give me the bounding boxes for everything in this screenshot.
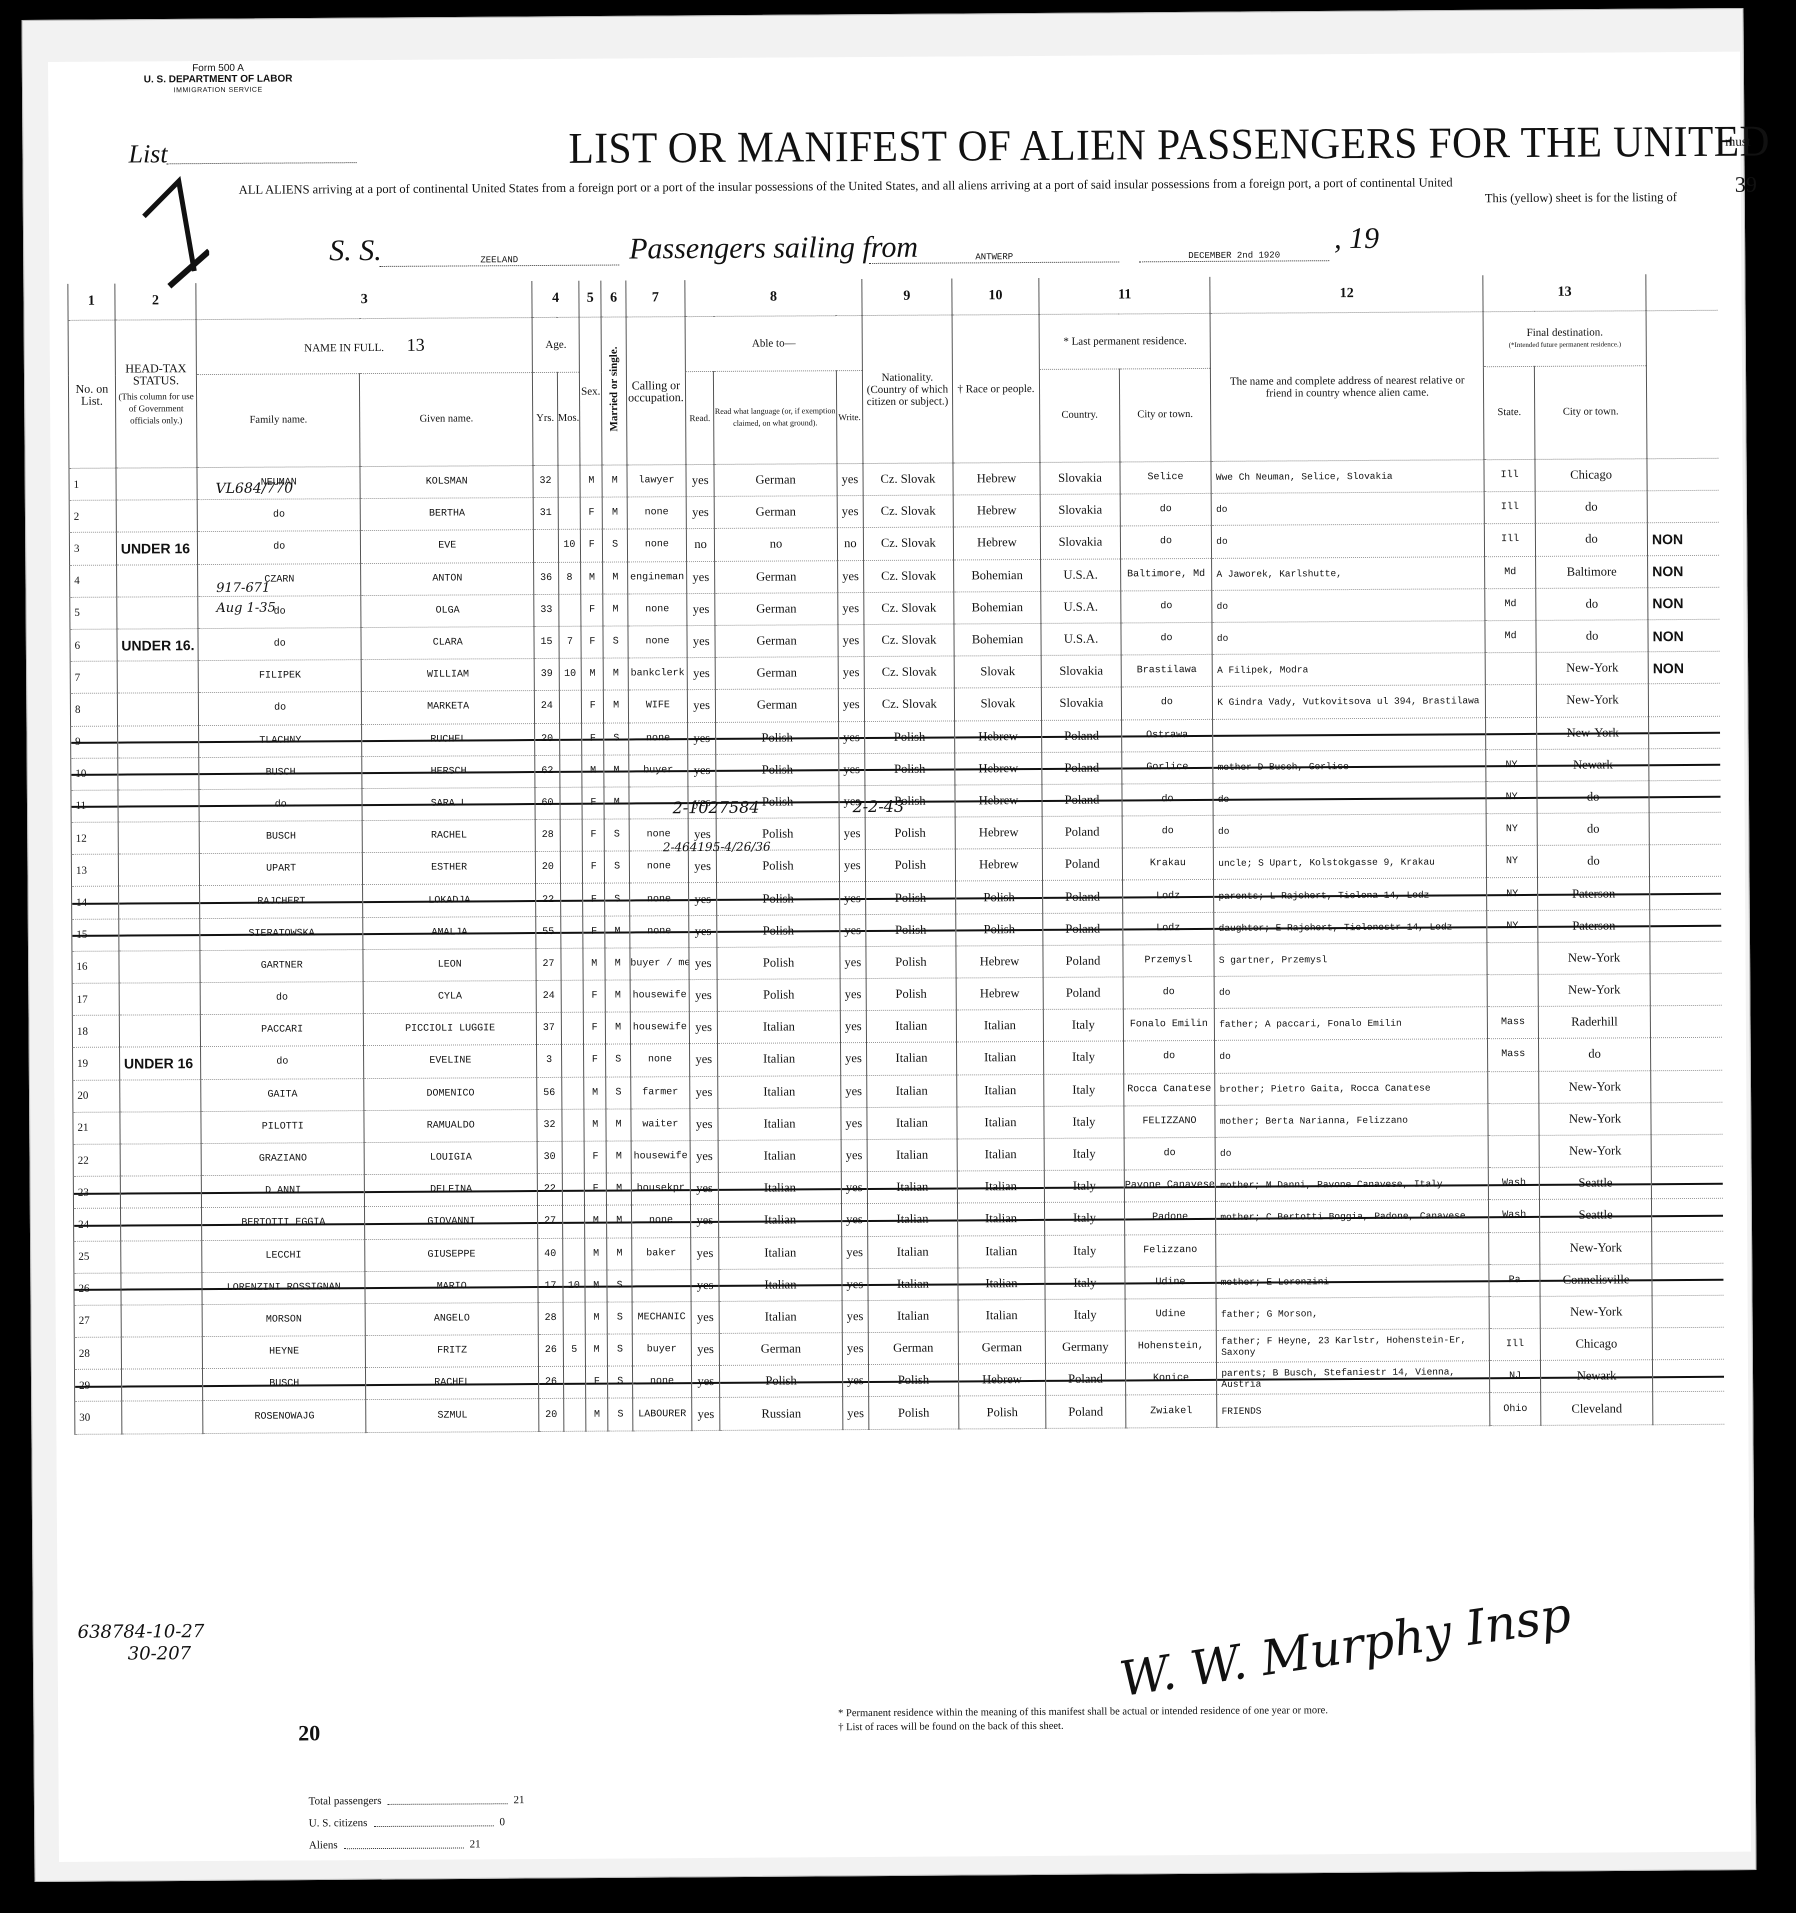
row-number: 16: [72, 951, 119, 983]
header-dest-city: City or town.: [1534, 366, 1647, 460]
residence-country: Slovakia: [1041, 526, 1121, 559]
right-margin-mark: [1649, 716, 1721, 749]
residence-country: Poland: [1042, 719, 1122, 752]
row-number: 7: [70, 661, 117, 693]
head-tax-status: [121, 1304, 203, 1337]
race: Italian: [956, 1010, 1044, 1043]
residence-country: Italy: [1045, 1234, 1125, 1267]
right-margin-mark: [1647, 458, 1719, 491]
occupation: buyer: [629, 754, 688, 787]
destination-city: do: [1536, 620, 1648, 653]
age-months: [559, 723, 582, 755]
married-label: Married or single.: [608, 347, 621, 432]
header-name-in-full: NAME IN FULL. 13: [196, 318, 532, 375]
destination-state: [1488, 1071, 1539, 1103]
occupation: none: [630, 1044, 689, 1077]
marital-status: S: [607, 1270, 632, 1302]
destination-state: [1486, 685, 1537, 717]
residence-country: Poland: [1043, 848, 1123, 881]
can-read: yes: [690, 1108, 719, 1140]
can-write: yes: [840, 979, 867, 1011]
given-name: GIOVANNI: [365, 1206, 538, 1239]
family-name: do: [198, 531, 361, 564]
nationality: Polish: [865, 817, 955, 850]
destination-state: Wash: [1488, 1168, 1539, 1200]
nearest-relative: K Gindra Vady, Vutkovitsova ul 394, Bras…: [1213, 685, 1486, 719]
right-margin-mark: [1649, 748, 1721, 781]
residence-country: Italy: [1044, 1041, 1124, 1074]
handwritten-id-1: VL684/770: [216, 481, 294, 497]
given-name: RACHEL: [362, 820, 535, 853]
can-write: yes: [841, 1107, 868, 1139]
right-margin-mark: [1648, 684, 1720, 717]
residence-country: U.S.A.: [1041, 623, 1121, 656]
destination-city: New-York: [1538, 942, 1650, 975]
destination-city: New-York: [1539, 1135, 1651, 1168]
header-age: Age.: [532, 317, 579, 372]
race: Italian: [957, 1203, 1045, 1236]
head-tax-status: [117, 725, 199, 758]
read-language: German: [716, 657, 838, 690]
residence-city: Konice: [1125, 1363, 1217, 1396]
age-years: 24: [535, 691, 560, 723]
handwritten-id-7: 638784-10-27: [78, 1621, 205, 1643]
given-name: BERTHA: [360, 498, 533, 531]
age-years: 26: [539, 1367, 564, 1399]
nationality: Italian: [868, 1268, 958, 1301]
read-language: German: [714, 464, 836, 497]
row-number: 29: [74, 1369, 121, 1401]
family-name: GARTNER: [200, 949, 363, 982]
residence-city: Udine: [1125, 1266, 1217, 1299]
occupation: housewife: [630, 980, 689, 1013]
read-language: Italian: [718, 1075, 840, 1108]
can-read: no: [686, 529, 715, 561]
marital-status: S: [608, 1334, 633, 1366]
row-number: 17: [72, 983, 119, 1015]
header-race: † Race or people.: [952, 314, 1040, 463]
right-margin-mark: [1652, 1263, 1724, 1296]
family-name: do: [200, 982, 363, 1015]
occupation: none: [630, 915, 689, 948]
row-number: 21: [73, 1112, 120, 1144]
destination-city: New-York: [1540, 1231, 1652, 1264]
residence-city: Selice: [1120, 461, 1212, 494]
sex: F: [581, 690, 604, 722]
head-tax-status: [116, 468, 198, 501]
given-name: MARIO: [365, 1270, 538, 1303]
sex: F: [583, 1012, 606, 1044]
given-name: RUCHEL: [362, 723, 535, 756]
header-no-on-list: No. on List.: [68, 320, 116, 468]
residence-country: Poland: [1046, 1363, 1126, 1396]
right-margin-mark: NON: [1648, 651, 1720, 684]
residence-city: Lodz: [1122, 880, 1214, 913]
row-number: 2: [69, 500, 116, 532]
sex: M: [585, 1334, 608, 1366]
us-citizens: U. S. citizens 0: [309, 1811, 525, 1834]
residence-city: Padone: [1124, 1202, 1216, 1235]
can-read: yes: [691, 1333, 720, 1365]
destination-city: New-York: [1536, 684, 1648, 717]
family-name: ROSENOWAJG: [203, 1400, 366, 1433]
race: Slovak: [954, 656, 1042, 689]
row-number: 4: [70, 565, 117, 597]
row-number: 6: [70, 629, 117, 661]
row-number: 5: [70, 597, 117, 629]
header-relative: The name and complete address of nearest…: [1210, 312, 1484, 462]
residence-city: Lodz: [1122, 912, 1214, 945]
occupation: none: [627, 529, 686, 562]
race: Polish: [955, 881, 1043, 914]
row-number: 15: [72, 919, 119, 951]
read-language: Italian: [719, 1204, 841, 1237]
destination-state: Wash: [1489, 1200, 1540, 1232]
sex: M: [584, 1077, 607, 1109]
nearest-relative: mother; E Lorenzini: [1216, 1264, 1489, 1298]
destination-state: [1485, 653, 1536, 685]
residence-city: Baltimore, Md: [1120, 558, 1212, 591]
row-number: 9: [71, 726, 118, 758]
age-months: [558, 465, 581, 497]
col-3: 3: [196, 281, 532, 320]
can-read: yes: [690, 1205, 719, 1237]
residence-country: Germany: [1046, 1331, 1126, 1364]
head-tax-status: [117, 661, 199, 694]
can-write: yes: [838, 753, 865, 785]
right-margin-mark: [1650, 909, 1722, 942]
nationality: Cz. Slovak: [863, 495, 953, 528]
row-number: 13: [71, 854, 118, 886]
read-language: Polish: [717, 946, 839, 979]
right-margin-mark: [1650, 877, 1722, 910]
residence-country: Slovakia: [1041, 655, 1121, 688]
occupation: waiter: [631, 1108, 690, 1141]
nationality: Cz. Slovak: [864, 592, 954, 625]
race: Italian: [958, 1299, 1046, 1332]
destination-state: [1487, 974, 1538, 1006]
row-number: 10: [71, 758, 118, 790]
header-city: City or town.: [1119, 368, 1211, 462]
residence-city: Brastilawa: [1121, 655, 1213, 688]
occupation: [632, 1269, 691, 1302]
nationality: Cz. Slovak: [864, 688, 954, 721]
nationality: Cz. Slovak: [864, 560, 954, 593]
marital-status: M: [603, 594, 628, 626]
given-name: CLARA: [361, 626, 534, 659]
departure-port: ANTWERP: [869, 251, 1119, 264]
sex: M: [583, 948, 606, 980]
residence-country: Poland: [1046, 1395, 1126, 1428]
age-years: 33: [534, 594, 559, 626]
handwritten-seven-icon: [139, 171, 210, 291]
sex: M: [582, 755, 605, 787]
read-language: Italian: [718, 1107, 840, 1140]
can-read: yes: [688, 883, 717, 915]
residence-city: Gorlice: [1121, 751, 1213, 784]
nationality: Italian: [867, 1139, 957, 1172]
destination-state: [1488, 1135, 1539, 1167]
nearest-relative: mother; Berta Narianna, Felizzano: [1215, 1103, 1488, 1137]
destination-state: Mass: [1488, 1039, 1539, 1071]
destination-city: do: [1535, 523, 1647, 556]
right-margin-mark: [1653, 1392, 1725, 1425]
right-margin-mark: NON: [1648, 555, 1720, 588]
age-years: 20: [539, 1399, 564, 1431]
right-edge-text: must: [1725, 134, 1750, 150]
destination-state: Mass: [1487, 1007, 1538, 1039]
family-name: BERTOTTI EGGIA: [202, 1207, 365, 1240]
given-name: LOKADJA: [363, 884, 536, 917]
can-read: yes: [690, 1140, 719, 1172]
age-years: 36: [534, 562, 559, 594]
occupation: none: [629, 851, 688, 884]
nationality: Polish: [866, 978, 956, 1011]
can-write: yes: [837, 464, 864, 496]
right-margin-mark: [1650, 1005, 1722, 1038]
nearest-relative: do: [1212, 588, 1485, 622]
destination-city: Raderhill: [1538, 1006, 1650, 1039]
row-number: 22: [73, 1144, 120, 1176]
given-name: ANTON: [361, 562, 534, 595]
read-language: Polish: [716, 721, 838, 754]
read-language: Russian: [720, 1397, 842, 1430]
sex: F: [581, 594, 604, 626]
header-given-name: Given name.: [360, 373, 534, 467]
residence-country: Poland: [1043, 913, 1123, 946]
destination-state: [1489, 1232, 1540, 1264]
nationality: Polish: [865, 753, 955, 786]
header-married: Married or single.: [602, 317, 627, 465]
handwritten-id-6: 2-464195-4/26/36: [663, 840, 771, 855]
head-tax-status: [120, 1079, 202, 1112]
can-write: yes: [841, 1204, 868, 1236]
family-name: BUSCH: [203, 1368, 366, 1401]
given-name: LEON: [363, 948, 536, 981]
head-tax-status: [118, 757, 200, 790]
age-months: 5: [563, 1334, 586, 1366]
right-margin-mark: [1649, 812, 1721, 845]
destination-city: New-York: [1540, 1296, 1652, 1329]
nearest-relative: do: [1214, 975, 1487, 1009]
race: Hebrew: [954, 752, 1042, 785]
can-write: yes: [837, 496, 864, 528]
dots: [373, 1811, 493, 1827]
given-name: EVE: [361, 530, 534, 563]
age-months: [563, 1302, 586, 1334]
nearest-relative: parents; L Rajchert, Tielona 14, Lodz: [1214, 878, 1487, 912]
age-years: 17: [538, 1270, 563, 1302]
head-tax-status: [122, 1401, 204, 1434]
race: Hebrew: [955, 849, 1043, 882]
nearest-relative: brother; Pietro Gaita, Rocca Canatese: [1215, 1071, 1488, 1105]
race: Italian: [957, 1138, 1045, 1171]
can-write: no: [837, 528, 864, 560]
age-years: 32: [533, 465, 558, 497]
nearest-relative: FRIENDS: [1217, 1393, 1490, 1427]
destination-state: Ill: [1484, 459, 1535, 491]
row-number: 30: [75, 1402, 122, 1434]
race: Hebrew: [955, 817, 1043, 850]
given-name: SARA L: [362, 787, 535, 820]
can-read: yes: [686, 561, 715, 593]
head-tax-note: (This column for use of Government offic…: [116, 390, 197, 426]
can-write: yes: [839, 818, 866, 850]
right-margin-mark: [1649, 845, 1721, 878]
occupation: none: [627, 497, 686, 530]
family-name: BUSCH: [199, 821, 362, 854]
destination-city: do: [1536, 587, 1648, 620]
race: Hebrew: [953, 462, 1041, 495]
right-margin-mark: [1652, 1295, 1724, 1328]
age-months: 10: [559, 658, 582, 690]
read-language: Italian: [718, 1011, 840, 1044]
residence-country: Italy: [1045, 1202, 1125, 1235]
can-write: yes: [840, 1075, 867, 1107]
occupation: housewife: [631, 1141, 690, 1174]
read-language: no: [715, 528, 837, 561]
residence-country: Poland: [1042, 784, 1122, 817]
row-number: 8: [70, 693, 117, 725]
read-language: German: [715, 625, 837, 658]
read-language: Italian: [718, 1043, 840, 1076]
residence-city: Krakau: [1122, 848, 1214, 881]
residence-country: Poland: [1042, 816, 1122, 849]
age-years: 30: [537, 1141, 562, 1173]
can-read: yes: [689, 947, 718, 979]
marital-status: S: [605, 819, 630, 851]
row-number: 24: [74, 1208, 121, 1240]
nationality: Italian: [868, 1235, 958, 1268]
instructions: ALL ALIENS arriving at a port of contine…: [239, 174, 1679, 198]
nationality: Italian: [868, 1300, 958, 1333]
occupation: MECHANIC: [632, 1301, 691, 1334]
col-13: 13: [1483, 274, 1646, 311]
can-read: yes: [692, 1398, 721, 1430]
can-read: yes: [689, 1044, 718, 1076]
age-years: 60: [535, 787, 560, 819]
right-margin-mark: NON: [1648, 619, 1720, 652]
sex: F: [586, 1366, 609, 1398]
read-language: Polish: [717, 882, 839, 915]
given-name: DOMENICO: [364, 1077, 537, 1110]
family-name: HEYNE: [203, 1336, 366, 1369]
residence-country: Slovakia: [1040, 494, 1120, 527]
family-name: FILIPEK: [198, 660, 361, 693]
col-10: 10: [952, 278, 1040, 315]
residence-city: Rocca Canatese: [1123, 1073, 1215, 1106]
destination-state: Ill: [1485, 524, 1536, 556]
family-name: do: [198, 628, 361, 661]
nearest-relative: father; F Heyne, 23 Karlstr, Hohenstein-…: [1217, 1329, 1490, 1363]
destination-city: New-York: [1539, 1102, 1651, 1135]
aliens-label: Aliens: [309, 1834, 338, 1856]
right-margin-mark: NON: [1647, 523, 1719, 556]
header-clipped: [1646, 310, 1718, 458]
sailing-date: DECEMBER 2nd 1920: [1139, 250, 1329, 262]
nearest-relative: daughter; E Rajchert, Tielonestr 14, Lod…: [1214, 910, 1487, 944]
col-9: 9: [862, 278, 952, 315]
marital-status: M: [606, 980, 631, 1012]
destination-city: do: [1537, 813, 1649, 846]
head-tax-status: UNDER 16: [119, 1047, 201, 1080]
marital-status: S: [604, 722, 629, 754]
age-years: 40: [538, 1238, 563, 1270]
name-in-full-label: NAME IN FULL.: [304, 341, 384, 353]
can-read: yes: [687, 658, 716, 690]
col-1: 1: [68, 284, 115, 321]
residence-country: Italy: [1045, 1299, 1125, 1332]
row-number: 26: [74, 1273, 121, 1305]
row-number: 14: [72, 887, 119, 919]
header-able-to: Able to—: [685, 316, 863, 372]
can-read: yes: [690, 1173, 719, 1205]
row-number: 27: [74, 1305, 121, 1337]
residence-country: Poland: [1043, 880, 1123, 913]
marital-status: M: [607, 1141, 632, 1173]
sex: F: [582, 787, 605, 819]
col-5: 5: [579, 281, 602, 318]
occupation: none: [631, 1205, 690, 1238]
nationality: Cz. Slovak: [863, 527, 953, 560]
given-name: HERSCH: [362, 755, 535, 788]
residence-country: Italy: [1044, 1074, 1124, 1107]
given-name: RAMUALDO: [364, 1109, 537, 1142]
age-months: [560, 916, 583, 948]
nationality: Cz. Slovak: [863, 463, 953, 496]
sex: F: [583, 884, 606, 916]
family-name: PACCARI: [201, 1014, 364, 1047]
sex: F: [583, 980, 606, 1012]
can-read: yes: [691, 1269, 720, 1301]
right-margin-mark: [1652, 1231, 1724, 1264]
handwritten-id-3: Aug 1-35: [216, 601, 276, 616]
right-margin-mark: [1650, 941, 1722, 974]
residence-country: Slovakia: [1040, 462, 1120, 495]
footnote-races: † List of races will be found on the bac…: [838, 1718, 1328, 1735]
can-write: yes: [837, 560, 864, 592]
residence-city: do: [1121, 687, 1213, 720]
can-write: yes: [840, 946, 867, 978]
marital-status: M: [607, 1205, 632, 1237]
marital-status: M: [604, 690, 629, 722]
nearest-relative: uncle; S Upart, Kolstokgasse 9, Krakau: [1214, 846, 1487, 880]
row-number: 12: [71, 822, 118, 854]
age-years: 27: [538, 1206, 563, 1238]
totals-block: Total passengers 21 U. S. citizens 0 Ali…: [309, 1789, 525, 1856]
age-months: [560, 884, 583, 916]
nationality: Polish: [865, 849, 955, 882]
race: Italian: [957, 1171, 1045, 1204]
head-tax-status: [120, 1208, 202, 1241]
age-months: [559, 755, 582, 787]
given-name: PICCIOLI LUGGIE: [364, 1013, 537, 1046]
age-years: 39: [534, 659, 559, 691]
marital-status: S: [605, 851, 630, 883]
right-margin-mark: [1649, 780, 1721, 813]
occupation: none: [628, 626, 687, 659]
age-months: [561, 1077, 584, 1109]
right-margin-mark: [1651, 1070, 1723, 1103]
can-read: yes: [687, 625, 716, 657]
residence-country: U.S.A.: [1041, 591, 1121, 624]
age-years: 3: [537, 1045, 562, 1077]
age-months: [563, 1366, 586, 1398]
race: Italian: [958, 1267, 1046, 1300]
read-language: German: [720, 1333, 842, 1366]
nearest-relative: do: [1212, 621, 1485, 655]
given-name: GIUSEPPE: [365, 1238, 538, 1271]
